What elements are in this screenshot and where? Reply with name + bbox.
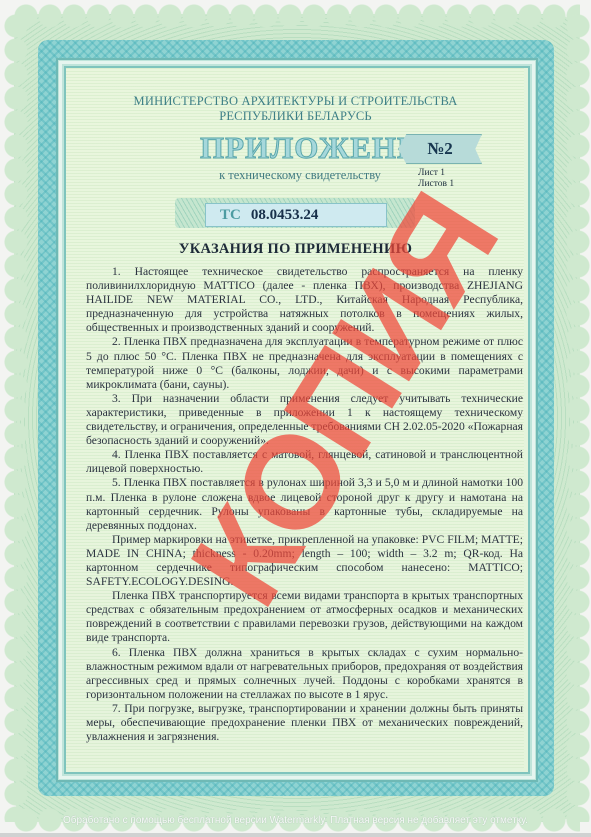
paragraph-3: 3. При назначении области применения сле… [86,392,523,448]
sheet-info: Лист 1 Листов 1 [418,168,454,190]
paragraph-5-transport: Пленка ПВХ транспортируется всеми видами… [86,589,523,645]
paragraph-4: 4. Пленка ПВХ поставляется с матовой, гл… [86,448,523,476]
appendix-number-badge: №2 [398,134,482,164]
sheets-total: Листов 1 [418,179,454,190]
paragraph-2: 2. Пленка ПВХ предназначена для эксплуат… [86,335,523,391]
guilloche-edge-top [14,4,580,28]
paragraph-7: 7. При погрузке, выгрузке, транспортиров… [86,702,523,744]
ministry-line-1: МИНИСТЕРСТВО АРХИТЕКТУРЫ И СТРОИТЕЛЬСТВА [0,94,591,109]
watermark-notice: Обработано с помощью бесплатной версии W… [0,815,591,826]
section-heading: УКАЗАНИЯ ПО ПРИМЕНЕНИЮ [0,241,591,258]
instructions-body: 1. Настоящее техническое свидетельство р… [86,265,523,744]
certificate-number: 08.0453.24 [251,207,319,223]
ministry-line-2: РЕСПУБЛИКИ БЕЛАРУСЬ [0,109,591,124]
certificate-prefix: ТС [220,207,241,223]
paragraph-6: 6. Пленка ПВХ должна храниться в крытых … [86,646,523,702]
paragraph-5: 5. Пленка ПВХ поставляется в рулонах шир… [86,476,523,532]
document-subtitle: к техническому свидетельству [200,168,400,183]
document-title: ПРИЛОЖЕНИЕ [200,130,400,166]
bottom-divider [0,833,591,837]
ministry-header: МИНИСТЕРСТВО АРХИТЕКТУРЫ И СТРОИТЕЛЬСТВА… [0,94,591,124]
guilloche-edge-right [566,14,590,822]
guilloche-edge-left [4,14,28,822]
paragraph-1: 1. Настоящее техническое свидетельство р… [86,265,523,335]
sheet-number: Лист 1 [418,168,454,179]
certificate-number-box: ТС08.0453.24 [205,203,387,227]
paragraph-5-marking: Пример маркировки на этикетке, прикрепле… [86,533,523,589]
